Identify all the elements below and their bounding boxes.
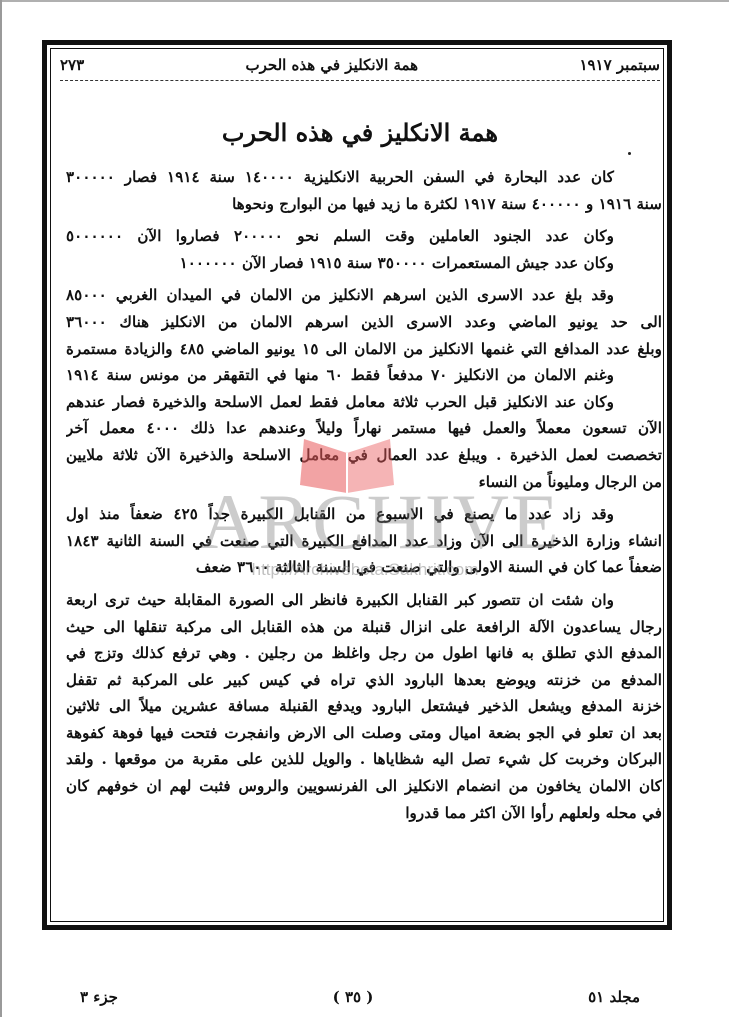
text-line: كان عدد البحارة في السفن الحربية الانكلي… — [66, 164, 662, 191]
footer-part: جزء ٣ — [80, 988, 118, 1006]
text-line: خزنة المدفع ويشعل الذخير فيشتعل البارود … — [66, 693, 662, 720]
article-body: كان عدد البحارة في السفن الحربية الانكلي… — [66, 164, 662, 826]
text-line: في محله ولعلهم رأوا الآن اكثر مما قدروا — [66, 800, 662, 827]
header-divider — [60, 80, 660, 81]
article-title: همة الانكليز في هذه الحرب — [60, 118, 660, 147]
text-line: كان الالمان يخافون من انضمام الانكليز ال… — [66, 773, 662, 800]
text-line: بعد ان تعلو في الجو بضعة اميال ومتى وصلت… — [66, 720, 662, 747]
text-line: المدفع الذي تطلق به فانها اطول من رجل وا… — [66, 640, 662, 667]
text-line: وغنم الالمان من الانكليز ٧٠ مدفعاً فقط ٦… — [66, 362, 662, 389]
text-line: وكان عند الانكليز قبل الحرب ثلاثة معامل … — [66, 389, 662, 416]
header-page-number: ٢٧٣ — [60, 56, 84, 74]
text-line: وبلغ عدد المدافع التي غنمها الانكليز من … — [66, 336, 662, 363]
text-line: سنة ١٩١٦ و ٤٠٠٠٠٠ سنة ١٩١٧ لكثرة ما زيد … — [66, 191, 662, 218]
text-line: وان شئت ان تتصور كبر القنابل الكبيرة فان… — [66, 587, 662, 614]
text-line: ضعفاً عما كان في السنة الاولى والتي صنعت… — [66, 554, 662, 581]
text-line: الآن تسعون معملاً والعمل فيها مستمر نهار… — [66, 415, 662, 442]
text-line: وكان عدد الجنود العاملين وقت السلم نحو ٢… — [66, 223, 662, 250]
text-line: المدفع من خزنته ويوضع بعدها البارود الذي… — [66, 667, 662, 694]
scan-top-edge — [0, 0, 729, 2]
print-speck — [628, 152, 631, 155]
text-line: من الرجال ومليوناً من النساء — [66, 469, 662, 496]
scan-left-edge — [0, 0, 2, 1017]
footer-page-in-issue: ( ٣٥ ) — [333, 988, 374, 1006]
text-line: وقد بلغ عدد الاسرى الذين اسرهم الانكليز … — [66, 282, 662, 309]
text-line: الى حد يونيو الماضي وعدد الاسرى الذين اس… — [66, 309, 662, 336]
header-section-title: همة الانكليز في هذه الحرب — [246, 56, 419, 74]
text-line: تخصصت لعمل الذخيرة . ويبلغ عدد العمال في… — [66, 442, 662, 469]
text-line: البركان وخربت كل شيء تصل اليه شظاياها . … — [66, 746, 662, 773]
text-line: وقد زاد عدد ما يصنع في الاسبوع من القناب… — [66, 501, 662, 528]
running-header: سبتمبر ١٩١٧ همة الانكليز في هذه الحرب ٢٧… — [60, 52, 660, 78]
page-footer: مجلد ٥١ ( ٣٥ ) جزء ٣ — [80, 988, 640, 1006]
text-line: وكان عدد جيش المستعمرات ٣٥٠٠٠٠ سنة ١٩١٥ … — [66, 250, 662, 277]
footer-volume: مجلد ٥١ — [588, 988, 640, 1006]
header-date: سبتمبر ١٩١٧ — [579, 56, 660, 74]
text-line: رجال يساعدون الآلة الرافعة على انزال قنب… — [66, 614, 662, 641]
text-line: انشاء وزارة الذخيرة الى الآن وزاد عدد ال… — [66, 528, 662, 555]
